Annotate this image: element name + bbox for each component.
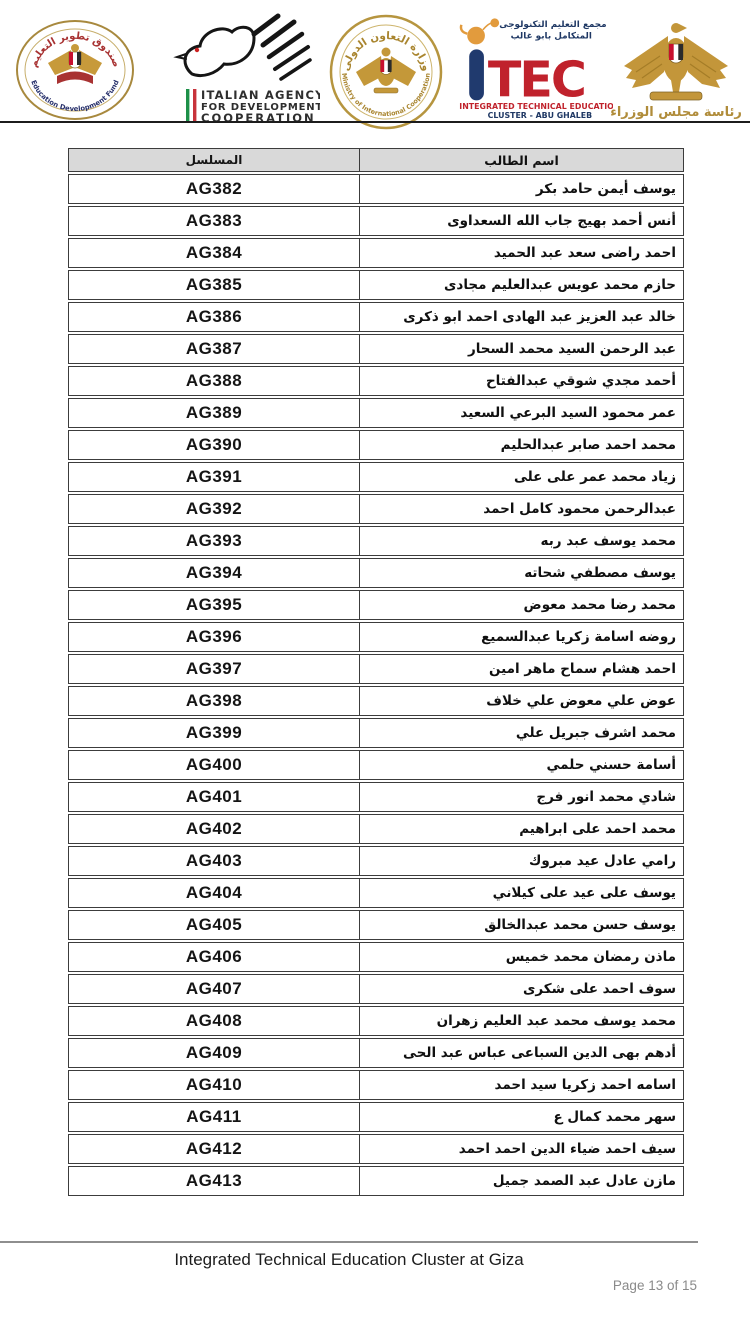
table-row: AG387 عبد الرحمن السيد محمد السحار: [68, 334, 684, 364]
student-name-cell: محمد اشرف جبريل علي: [360, 719, 683, 747]
itec-logo: مجمع التعليم التكنولوجى المتكامل بابو غا…: [453, 14, 613, 120]
serial-cell: AG385: [69, 271, 360, 299]
table-row: AG391 زياد محمد عمر على على: [68, 462, 684, 492]
page-number: Page 13 of 15: [0, 1278, 697, 1293]
italy-line1: ITALIAN AGENCY: [201, 88, 320, 102]
footer-title: Integrated Technical Education Cluster a…: [0, 1250, 698, 1270]
student-name-cell: زياد محمد عمر على على: [360, 463, 683, 491]
student-name-cell: أحمد مجدي شوقي عبدالفتاح: [360, 367, 683, 395]
egypt-eagle-icon: [624, 23, 728, 100]
serial-cell: AG402: [69, 815, 360, 843]
student-name-cell: اسامه احمد زكريا سيد احمد: [360, 1071, 683, 1099]
student-name-cell: شادي محمد انور فرج: [360, 783, 683, 811]
student-table-body: AG382 يوسف أيمن حامد بكر AG383 أنس أحمد …: [68, 174, 684, 1196]
serial-cell: AG412: [69, 1135, 360, 1163]
serial-cell: AG383: [69, 207, 360, 235]
table-row: AG401 شادي محمد انور فرج: [68, 782, 684, 812]
serial-cell: AG391: [69, 463, 360, 491]
serial-cell: AG408: [69, 1007, 360, 1035]
table-row: AG411 سهر محمد كمال ع: [68, 1102, 684, 1132]
table-row: AG382 يوسف أيمن حامد بكر: [68, 174, 684, 204]
student-name-cell: محمد يوسف عبد ربه: [360, 527, 683, 555]
table-row: AG406 ماذن رمضان محمد خميس: [68, 942, 684, 972]
student-name-cell: محمد احمد على ابراهيم: [360, 815, 683, 843]
itec-arabic-line2: المتكامل بابو غالب: [511, 32, 592, 42]
serial-cell: AG409: [69, 1039, 360, 1067]
table-row: AG385 حازم محمد عويس عبدالعليم مجادى: [68, 270, 684, 300]
table-row: AG402 محمد احمد على ابراهيم: [68, 814, 684, 844]
serial-cell: AG392: [69, 495, 360, 523]
table-row: AG410 اسامه احمد زكريا سيد احمد: [68, 1070, 684, 1100]
student-name-cell: ماذن رمضان محمد خميس: [360, 943, 683, 971]
student-name-cell: أدهم بهى الدين السباعى عباس عبد الحى: [360, 1039, 683, 1067]
student-name-cell: رامي عادل عيد مبروك: [360, 847, 683, 875]
serial-cell: AG410: [69, 1071, 360, 1099]
lamp-icon: [461, 18, 499, 44]
student-name-cell: مازن عادل عبد الصمد جميل: [360, 1167, 683, 1195]
serial-cell: AG397: [69, 655, 360, 683]
ministry-international-cooperation-logo: وزارة التعاون الدولى Ministry of Interna…: [328, 14, 444, 130]
serial-column-header: المسلسل: [69, 149, 360, 171]
name-column-header: اسم الطالب: [360, 149, 683, 171]
student-name-cell: أنس أحمد بهيج جاب الله السعداوى: [360, 207, 683, 235]
itec-i-shape: [469, 49, 484, 100]
serial-cell: AG390: [69, 431, 360, 459]
table-row: AG396 روضه اسامة زكريا عبدالسميع: [68, 622, 684, 652]
table-row: AG398 عوض علي معوض علي خلاف: [68, 686, 684, 716]
table-row: AG405 يوسف حسن محمد عبدالخالق: [68, 910, 684, 940]
serial-cell: AG407: [69, 975, 360, 1003]
table-row: AG408 محمد يوسف محمد عبد العليم زهران: [68, 1006, 684, 1036]
serial-cell: AG384: [69, 239, 360, 267]
serial-cell: AG393: [69, 527, 360, 555]
student-name-cell: يوسف حسن محمد عبدالخالق: [360, 911, 683, 939]
cabinet-caption: رئاسة مجلس الوزراء: [610, 105, 742, 120]
header-divider: [0, 121, 750, 123]
italian-flag-strip: [186, 89, 196, 122]
table-row: AG407 سوف احمد على شكرى: [68, 974, 684, 1004]
table-row: AG409 أدهم بهى الدين السباعى عباس عبد ال…: [68, 1038, 684, 1068]
student-name-cell: يوسف على عيد على كيلاني: [360, 879, 683, 907]
student-name-cell: يوسف مصطفي شحاته: [360, 559, 683, 587]
student-name-cell: احمد راضى سعد عبد الحميد: [360, 239, 683, 267]
student-name-cell: أسامة حسني حلمي: [360, 751, 683, 779]
table-row: AG404 يوسف على عيد على كيلاني: [68, 878, 684, 908]
student-name-cell: محمد يوسف محمد عبد العليم زهران: [360, 1007, 683, 1035]
student-name-cell: احمد هشام سماح ماهر امين: [360, 655, 683, 683]
itec-arabic-line1: مجمع التعليم التكنولوجى: [499, 20, 606, 30]
student-name-cell: محمد رضا محمد معوض: [360, 591, 683, 619]
serial-cell: AG405: [69, 911, 360, 939]
table-row: AG412 سيف احمد ضياء الدين احمد احمد: [68, 1134, 684, 1164]
serial-cell: AG403: [69, 847, 360, 875]
serial-cell: AG401: [69, 783, 360, 811]
itec-tec-text: TEC: [488, 50, 585, 108]
serial-cell: AG398: [69, 687, 360, 715]
table-row: AG403 رامي عادل عيد مبروك: [68, 846, 684, 876]
education-development-fund-logo: صندوق تطوير التعليم Education Developmen…: [14, 18, 136, 122]
table-header-row: المسلسل اسم الطالب: [68, 148, 684, 172]
serial-cell: AG394: [69, 559, 360, 587]
table-row: AG397 احمد هشام سماح ماهر امين: [68, 654, 684, 684]
student-name-cell: عمر محمود السيد البرعي السعيد: [360, 399, 683, 427]
serial-cell: AG413: [69, 1167, 360, 1195]
student-table: المسلسل اسم الطالب AG382 يوسف أيمن حامد …: [68, 148, 684, 1198]
document-page: صندوق تطوير التعليم Education Developmen…: [0, 0, 750, 1334]
itec-subtitle2: CLUSTER - ABU GHALEB: [488, 111, 593, 120]
student-name-cell: خالد عبد العزيز عبد الهادى احمد ابو ذكرى: [360, 303, 683, 331]
serial-cell: AG404: [69, 879, 360, 907]
table-row: AG386 خالد عبد العزيز عبد الهادى احمد اب…: [68, 302, 684, 332]
table-row: AG395 محمد رضا محمد معوض: [68, 590, 684, 620]
table-row: AG400 أسامة حسني حلمي: [68, 750, 684, 780]
serial-cell: AG396: [69, 623, 360, 651]
table-row: AG392 عبدالرحمن محمود كامل احمد: [68, 494, 684, 524]
table-row: AG413 مازن عادل عبد الصمد جميل: [68, 1166, 684, 1196]
student-name-cell: حازم محمد عويس عبدالعليم مجادى: [360, 271, 683, 299]
table-row: AG384 احمد راضى سعد عبد الحميد: [68, 238, 684, 268]
serial-cell: AG388: [69, 367, 360, 395]
table-row: AG389 عمر محمود السيد البرعي السعيد: [68, 398, 684, 428]
serial-cell: AG400: [69, 751, 360, 779]
serial-cell: AG411: [69, 1103, 360, 1131]
student-name-cell: عبدالرحمن محمود كامل احمد: [360, 495, 683, 523]
table-row: AG394 يوسف مصطفي شحاته: [68, 558, 684, 588]
dove-icon: [177, 16, 310, 79]
footer-divider: [0, 1241, 698, 1243]
serial-cell: AG386: [69, 303, 360, 331]
student-name-cell: عوض علي معوض علي خلاف: [360, 687, 683, 715]
student-name-cell: روضه اسامة زكريا عبدالسميع: [360, 623, 683, 651]
itec-subtitle1: INTEGRATED TECHNICAL EDUCATION: [459, 102, 613, 111]
serial-cell: AG406: [69, 943, 360, 971]
serial-cell: AG395: [69, 591, 360, 619]
serial-cell: AG382: [69, 175, 360, 203]
student-name-cell: محمد احمد صابر عبدالحليم: [360, 431, 683, 459]
cabinet-presidency-logo: رئاسة مجلس الوزراء: [604, 16, 748, 122]
student-name-cell: سوف احمد على شكرى: [360, 975, 683, 1003]
table-row: AG393 محمد يوسف عبد ربه: [68, 526, 684, 556]
table-row: AG383 أنس أحمد بهيج جاب الله السعداوى: [68, 206, 684, 236]
student-name-cell: سهر محمد كمال ع: [360, 1103, 683, 1131]
serial-cell: AG399: [69, 719, 360, 747]
table-row: AG388 أحمد مجدي شوقي عبدالفتاح: [68, 366, 684, 396]
student-name-cell: يوسف أيمن حامد بكر: [360, 175, 683, 203]
table-row: AG390 محمد احمد صابر عبدالحليم: [68, 430, 684, 460]
italian-agency-logo: ITALIAN AGENCY FOR DEVELOPMENT COOPERATI…: [166, 12, 320, 124]
student-name-cell: سيف احمد ضياء الدين احمد احمد: [360, 1135, 683, 1163]
serial-cell: AG389: [69, 399, 360, 427]
table-row: AG399 محمد اشرف جبريل علي: [68, 718, 684, 748]
serial-cell: AG387: [69, 335, 360, 363]
student-name-cell: عبد الرحمن السيد محمد السحار: [360, 335, 683, 363]
